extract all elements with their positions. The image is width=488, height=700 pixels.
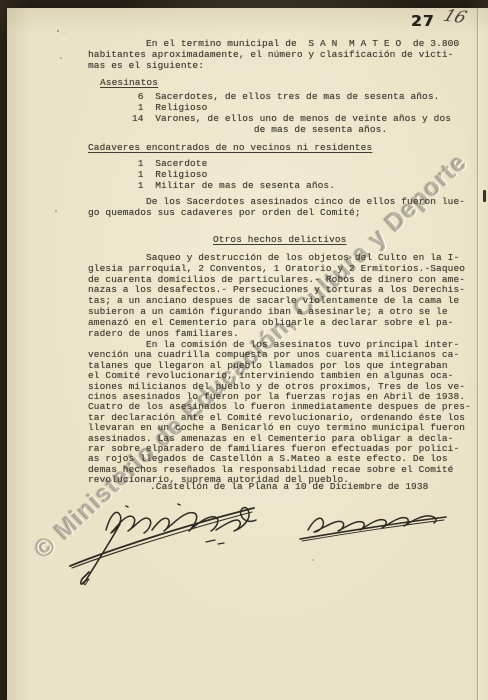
asesinatos-list: 6 Sacerdotes, de ellos tres de mas de se… [132, 91, 451, 135]
page-edge-line [477, 8, 478, 700]
page-stamp-number: 27 [411, 12, 435, 30]
document-scan: 27 16 © Ministerio de Educación, Cultura… [0, 0, 488, 700]
folio-number-handwritten: 16 [440, 6, 469, 28]
page-edge-strip [478, 8, 488, 700]
signature-left [56, 490, 274, 592]
intro-paragraph: En el termino municipal de S A N M A T E… [88, 38, 459, 71]
binding-mark [483, 190, 486, 202]
signature-right [292, 502, 460, 548]
heading-cadaveres: Cadaveres encontrados de no vecinos ni r… [88, 142, 372, 153]
ink-specks [57, 30, 59, 32]
scan-top-border [0, 0, 488, 8]
paragraph-saqueo: Saqueo y destrucción de los objetos del … [88, 253, 465, 339]
heading-asesinatos: Asesinatos [100, 77, 158, 88]
paragraph-comision: En la comisión de los asesinatos tuvo pr… [88, 340, 471, 486]
heading-otros-hechos: Otros hechos delictivos [213, 234, 346, 245]
paragraph-sacerdotes: De los Sacerdotes asesinados cinco de el… [88, 196, 465, 218]
scan-left-border [0, 0, 7, 700]
cadaveres-list: 1 Sacerdote 1 Religioso 1 Militar de mas… [132, 158, 335, 191]
